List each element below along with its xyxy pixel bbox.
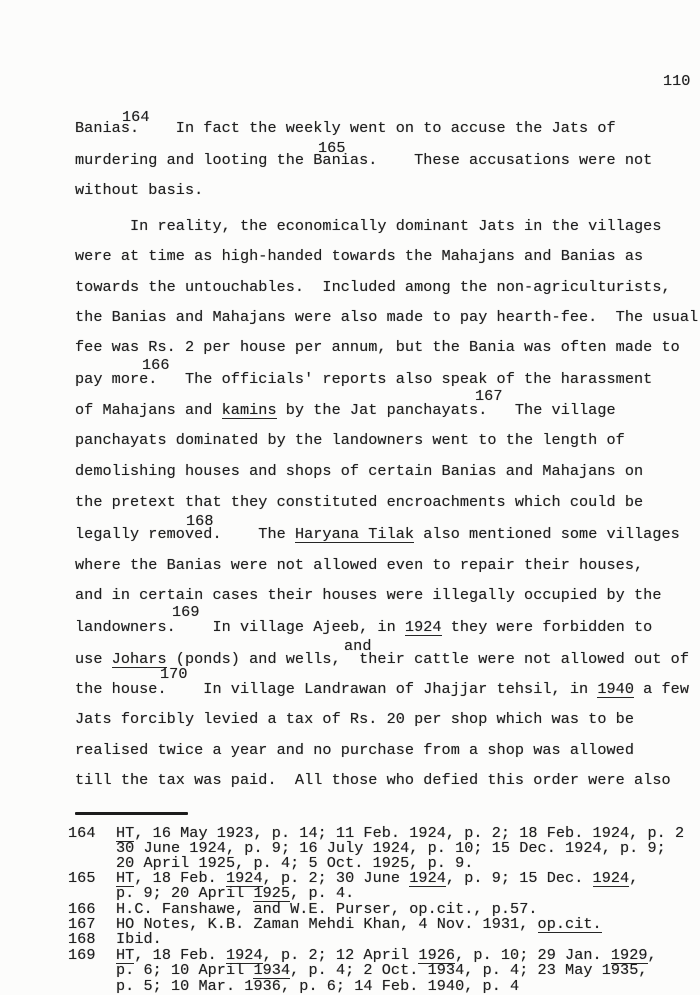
body-line: towards the untouchables. Included among… (75, 280, 671, 295)
underlined-text: 1924 (409, 871, 446, 887)
text-segment: , p. 4. (290, 886, 354, 901)
text-segment: Jats forcibly levied a tax of Rs. 20 per… (75, 712, 634, 727)
body-line: the house. In village Landrawan of Jhajj… (75, 682, 689, 698)
body-line: panchayats dominated by the landowners w… (75, 433, 625, 448)
footnote-marker: 169 (172, 605, 200, 620)
text-segment: , (629, 871, 638, 886)
body-line: of Mahajans and kamins by the Jat pancha… (75, 403, 616, 419)
footnote-line: p. 5; 10 Mar. 1936, p. 6; 14 Feb. 1940, … (116, 979, 519, 992)
text-segment: till the tax was paid. All those who def… (75, 773, 671, 788)
text-segment: p. 9; 20 April (116, 886, 253, 901)
text-segment: the pretext that they constituted encroa… (75, 495, 643, 510)
text-segment: , p. 9; 15 Dec. (446, 871, 593, 886)
body-line: demolishing houses and shops of certain … (75, 464, 643, 479)
underlined-text: op.cit. (538, 917, 602, 933)
body-line: Jats forcibly levied a tax of Rs. 20 per… (75, 712, 634, 727)
body-line: pay more. The officials' reports also sp… (75, 372, 652, 387)
text-segment: fee was Rs. 2 per house per annum, but t… (75, 340, 680, 355)
body-line: realised twice a year and no purchase fr… (75, 743, 634, 758)
footnote-marker: 166 (142, 358, 170, 373)
footnote-marker: 170 (160, 667, 188, 682)
underlined-text: Johars (112, 652, 167, 668)
body-line: landowners. In village Ajeeb, in 1924 th… (75, 620, 652, 636)
text-segment: of Mahajans and (75, 403, 222, 418)
text-segment: by the Jat panchayats. The village (277, 403, 616, 418)
text-segment: In reality, the economically dominant Ja… (75, 219, 662, 234)
body-line: and in certain cases their houses were i… (75, 588, 662, 603)
body-line: the pretext that they constituted encroa… (75, 495, 643, 510)
text-segment: demolishing houses and shops of certain … (75, 464, 643, 479)
footnote-marker: 167 (475, 389, 503, 404)
footnote-marker: 164 (122, 110, 150, 125)
text-segment: the house. In village Landrawan of Jhajj… (75, 682, 597, 697)
text-segment: Banias. In fact the weekly went on to ac… (75, 121, 616, 136)
text-segment: were at time as high-handed towards the … (75, 249, 643, 264)
footnote-number: 164 (68, 826, 96, 841)
text-segment: p. 5; 10 Mar. 1936, p. 6; 14 Feb. 1940, … (116, 979, 519, 992)
body-line: legally removed. The Haryana Tilak also … (75, 527, 680, 543)
footnote-line: Ibid. (116, 932, 162, 947)
text-segment: 169 (172, 605, 200, 620)
text-segment: p. 6; 10 April (116, 963, 253, 978)
text-segment: and (344, 639, 372, 654)
footnote-separator (75, 812, 188, 815)
underlined-text: kamins (222, 403, 277, 419)
text-segment: 169 (68, 948, 96, 963)
text-segment: a few (634, 682, 689, 697)
footnote-marker: 168 (186, 514, 214, 529)
text-segment: 168 (68, 932, 96, 947)
body-line: without basis. (75, 183, 203, 198)
body-line: fee was Rs. 2 per house per annum, but t… (75, 340, 680, 355)
text-segment: Ibid. (116, 932, 162, 947)
text-segment: 165 (318, 141, 346, 156)
text-segment: 170 (160, 667, 188, 682)
footnote-line: HO Notes, K.B. Zaman Mehdi Khan, 4 Nov. … (116, 917, 602, 933)
footnote-number: 169 (68, 948, 96, 963)
text-segment: 166 (142, 358, 170, 373)
body-line: where the Banias were not allowed even t… (75, 558, 643, 573)
page-number: 110 (663, 74, 690, 89)
body-line: till the tax was paid. All those who def… (75, 773, 671, 788)
underlined-text: 1924 (405, 620, 442, 636)
footnote-number: 168 (68, 932, 96, 947)
text-segment: without basis. (75, 183, 203, 198)
body-line: were at time as high-handed towards the … (75, 249, 643, 264)
body-line: murdering and looting the Banias. These … (75, 153, 652, 168)
body-line: In reality, the economically dominant Ja… (75, 219, 662, 234)
text-segment: also mentioned some villages (414, 527, 680, 542)
underlined-text: Haryana Tilak (295, 527, 414, 543)
text-segment: 164 (68, 826, 96, 841)
text-segment: towards the untouchables. Included among… (75, 280, 671, 295)
document-page: 110 Banias. In fact the weekly went on t… (0, 0, 700, 992)
text-segment: landowners. In village Ajeeb, in (75, 620, 405, 635)
underlined-text: 1924 (593, 871, 630, 887)
text-segment: where the Banias were not allowed even t… (75, 558, 643, 573)
footnote-marker: 165 (318, 141, 346, 156)
text-segment: they were forbidden to (442, 620, 653, 635)
text-segment: use (75, 652, 112, 667)
body-line: the Banias and Mahajans were also made t… (75, 310, 698, 325)
underlined-text: 1940 (597, 682, 634, 698)
text-segment: 168 (186, 514, 214, 529)
footnote-number: 165 (68, 871, 96, 886)
text-segment: HO Notes, K.B. Zaman Mehdi Khan, 4 Nov. … (116, 917, 538, 932)
text-segment: (ponds) and wells, their cattle were not… (167, 652, 689, 667)
text-segment: the Banias and Mahajans were also made t… (75, 310, 698, 325)
text-segment: panchayats dominated by the landowners w… (75, 433, 625, 448)
text-segment: and in certain cases their houses were i… (75, 588, 662, 603)
inserted-word: and (344, 639, 372, 654)
text-segment: 165 (68, 871, 96, 886)
text-segment: , p. 4; 2 Oct. 1934, p. 4; 23 May 1935, (290, 963, 647, 978)
text-segment: murdering and looting the Banias. These … (75, 153, 652, 168)
text-segment: realised twice a year and no purchase fr… (75, 743, 634, 758)
text-segment: 164 (122, 110, 150, 125)
text-segment: pay more. The officials' reports also sp… (75, 372, 652, 387)
text-segment: , (648, 948, 657, 963)
text-segment: 167 (475, 389, 503, 404)
body-line: Banias. In fact the weekly went on to ac… (75, 121, 616, 136)
text-segment: legally removed. The (75, 527, 295, 542)
